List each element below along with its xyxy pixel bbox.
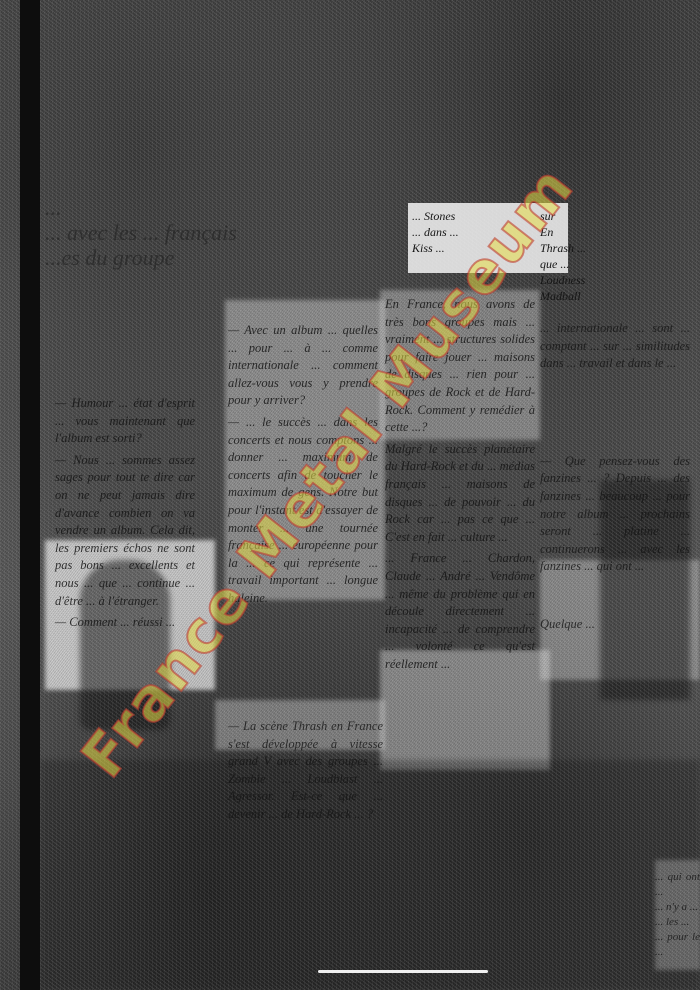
text-line: ... qui ont ... [655,870,700,900]
page-binding-bar [20,0,40,990]
headline: ... ... avec les ... français ...es du g… [45,195,345,270]
headline-line: ... avec les ... français [45,220,345,245]
paragraph: — Humour ... état d'esprit ... vous main… [55,395,195,448]
text-line: ... pour le ... [655,930,700,960]
text-line: ... les ... [655,915,700,930]
paragraph: Malgré le succès planétaire du Hard-Rock… [385,441,535,547]
article-column-4: ... internationale ... sont ... comptant… [540,320,690,638]
paragraph: — La scène Thrash en France s'est dévelo… [228,718,383,824]
paragraph: ... France ... Chardon, Claude ... André… [385,550,535,673]
box-line: Loudness [540,272,600,288]
paragraph: ... internationale ... sont ... comptant… [540,320,690,373]
headline-line: ... [45,195,345,220]
paragraph: — Nous ... sommes assez sages pour tout … [55,452,195,610]
article-column-1: — Humour ... état d'esprit ... vous main… [55,395,195,636]
paragraph: Quelque ... [540,616,690,634]
photo-stage-edge [318,970,488,973]
box-line: que ... [540,256,600,272]
headline-line: ...es du groupe [45,245,345,270]
box-line: Madball [540,288,600,304]
article-column-5: ... qui ont ... ... n'y a ... ... les ..… [655,870,700,960]
text-line: ... n'y a ... [655,900,700,915]
paragraph: — Que pensez-vous des fanzines ... ? Dep… [540,453,690,576]
scanned-page: ... ... avec les ... français ...es du g… [0,0,700,990]
article-column-2b: — La scène Thrash en France s'est dévelo… [228,718,383,828]
